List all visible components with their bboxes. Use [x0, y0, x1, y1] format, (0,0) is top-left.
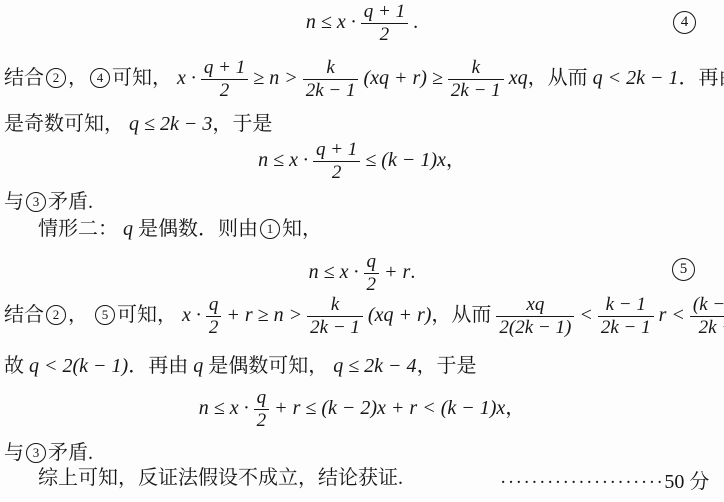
fraction-denominator: 2	[201, 79, 248, 102]
cjk-text: 是偶数可知，	[203, 355, 333, 377]
cjk-text: ，	[68, 67, 88, 89]
math-text: xq	[509, 67, 528, 89]
cjk-text: ，	[505, 397, 525, 419]
math-text: q < 2(k − 1)	[29, 355, 128, 377]
circled-number: 5	[95, 305, 115, 325]
cjk-text: ，从而	[431, 304, 491, 326]
fraction-denominator: 2	[361, 23, 408, 46]
paragraph1-line1: 结合2，4可知， x ·q + 12≥ n >k2k − 1(xq + r) ≥…	[4, 57, 724, 102]
display-equation-mid2: n ≤ x ·q2+ r ≤ (k − 2)x + r < (k − 1)x，	[12, 387, 712, 432]
fraction-denominator: 2	[364, 273, 380, 296]
cjk-text: ，从而	[528, 67, 593, 89]
cjk-text: 综上可知，反证法假设不成立，结论获证.	[38, 467, 403, 489]
math-text: x ·	[177, 67, 196, 89]
circled-number: 1	[260, 219, 280, 239]
score-leader: ·····················50 分	[500, 465, 709, 494]
display-equation-mid1: n ≤ x ·q + 12≤ (k − 1)x，	[12, 139, 712, 184]
math-text: q ≤ 2k − 4	[333, 355, 416, 377]
math-text: (xq + r) ≥	[363, 67, 442, 89]
math-text: ≥ n >	[253, 67, 297, 89]
display-equation-4: n ≤ x ·q + 12.	[12, 1, 712, 46]
contradiction-line-1: 与3矛盾.	[4, 189, 93, 215]
math-text: n ≤ x ·	[309, 261, 359, 283]
cjk-text: ．再由	[678, 67, 724, 89]
fraction-numerator: k	[307, 294, 363, 316]
cjk-text: 与	[4, 191, 24, 213]
math-text: x ·	[182, 304, 201, 326]
circled-number: 3	[26, 192, 46, 212]
fraction-numerator: q + 1	[201, 57, 248, 79]
fraction-denominator: 2k − 1	[598, 316, 654, 339]
paragraph2-line1: 结合2， 5可知， x ·q2+ r ≥ n >k2k − 1(xq + r)，…	[4, 294, 724, 339]
math-text: n ≤ x ·	[199, 397, 249, 419]
fraction-denominator: 2k − 1	[307, 316, 363, 339]
fraction: q2	[364, 251, 380, 296]
fraction-denominator: 2k − 1	[303, 79, 359, 102]
cjk-text: 可知，	[112, 67, 177, 89]
cjk-text: 可知，	[117, 304, 182, 326]
paragraph2-line2: 故 q < 2(k − 1)．再由 q 是偶数可知， q ≤ 2k − 4，于是	[4, 353, 477, 379]
cjk-text: 矛盾.	[48, 442, 93, 464]
fraction: (k − 1)x2k − 1	[690, 294, 724, 339]
document-page: { "page": {"background": "#fdfdfd", "tex…	[0, 0, 724, 502]
score-value: 50 分	[664, 471, 709, 493]
math-text: q ≤ 2k − 3	[129, 113, 212, 135]
display-equation-5: n ≤ x ·q2+ r.	[12, 251, 712, 296]
fraction: q + 12	[361, 1, 408, 46]
math-text: + r ≥ n >	[226, 304, 302, 326]
math-text: q < 2k − 1	[593, 67, 679, 89]
equation-tag-4: 4	[673, 11, 696, 34]
cjk-text: 是奇数可知，	[4, 113, 129, 135]
fraction: q2	[254, 387, 270, 432]
fraction: q + 12	[201, 57, 248, 102]
cjk-text: 矛盾.	[48, 191, 93, 213]
fraction-denominator: 2k − 1	[690, 316, 724, 339]
fraction-denominator: 2k − 1	[448, 79, 504, 102]
cjk-text: 知，	[282, 218, 322, 240]
cjk-text: 结合	[4, 67, 44, 89]
math-text: n ≤ x ·	[258, 149, 308, 171]
circled-number: 2	[46, 305, 66, 325]
contradiction-line-2: 与3矛盾.	[4, 440, 93, 466]
circled-number: 4	[90, 68, 110, 88]
cjk-text: ，	[446, 149, 466, 171]
fraction-denominator: 2	[313, 161, 360, 184]
fraction-numerator: q + 1	[361, 1, 408, 23]
cjk-text: 是偶数．则由	[133, 218, 258, 240]
circled-number: 3	[26, 443, 46, 463]
fraction-numerator: q + 1	[313, 139, 360, 161]
fraction: k − 12k − 1	[598, 294, 654, 339]
fraction-numerator: k − 1	[598, 294, 654, 316]
cjk-text: 结合	[4, 304, 44, 326]
cjk-text: 情形二：	[38, 218, 123, 240]
fraction-numerator: k	[303, 57, 359, 79]
fraction: k2k − 1	[448, 57, 504, 102]
circled-number: 2	[46, 68, 66, 88]
cjk-text: 与	[4, 442, 24, 464]
math-text: n ≤ x ·	[306, 11, 356, 33]
paragraph1-line2: 是奇数可知， q ≤ 2k − 3，于是	[4, 111, 272, 137]
math-text: r <	[659, 304, 685, 326]
conclusion-line: 综上可知，反证法假设不成立，结论获证.	[38, 465, 403, 491]
fraction-numerator: k	[448, 57, 504, 79]
fraction: k2k − 1	[303, 57, 359, 102]
fraction-denominator: 2	[254, 409, 270, 432]
fraction-numerator: q	[254, 387, 270, 409]
math-text: + r	[384, 261, 410, 283]
cjk-text: .	[410, 261, 415, 283]
fraction: xq2(2k − 1)	[496, 294, 574, 339]
fraction-denominator: 2	[206, 316, 222, 339]
math-text: q	[193, 355, 203, 377]
fraction-numerator: q	[206, 294, 222, 316]
cjk-text: .	[413, 11, 418, 33]
cjk-text: ，于是	[417, 355, 477, 377]
cjk-text: ．再由	[128, 355, 193, 377]
fraction: k2k − 1	[307, 294, 363, 339]
math-text: q	[123, 218, 133, 240]
math-text: (xq + r)	[368, 304, 431, 326]
fraction-numerator: (k − 1)x	[690, 294, 724, 316]
leader-dots: ·····················	[500, 472, 664, 493]
fraction-denominator: 2(2k − 1)	[496, 316, 574, 339]
cjk-text: ，于是	[212, 113, 272, 135]
fraction: q + 12	[313, 139, 360, 184]
case2-heading-line: 情形二： q 是偶数．则由1知，	[38, 216, 322, 242]
math-text: ≤ (k − 1)x	[365, 149, 446, 171]
math-text: + r ≤ (k − 2)x + r < (k − 1)x	[274, 397, 505, 419]
fraction-numerator: q	[364, 251, 380, 273]
cjk-text: 故	[4, 355, 29, 377]
math-text: <	[579, 304, 593, 326]
fraction: q2	[206, 294, 222, 339]
equation-tag-5: 5	[672, 258, 695, 281]
cjk-text: ，	[68, 304, 93, 326]
fraction-numerator: xq	[496, 294, 574, 316]
